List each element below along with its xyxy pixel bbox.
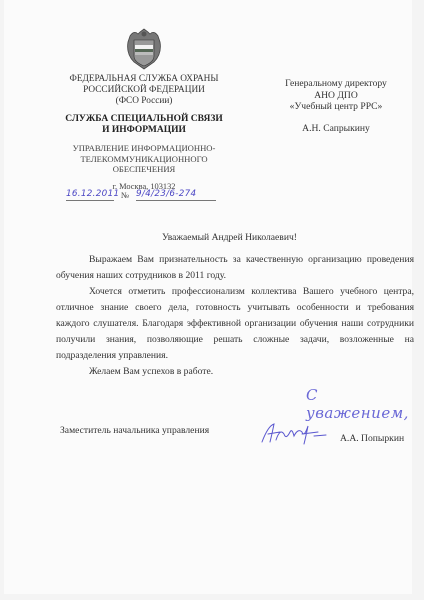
service-name-line: И ИНФОРМАЦИИ	[48, 125, 240, 136]
handwritten-closing: С уважением,	[306, 386, 412, 422]
addressee-line: Генеральному директору	[266, 78, 406, 90]
body-paragraph: Хочется отметить профессионализм коллект…	[56, 284, 414, 364]
department-line: УПРАВЛЕНИЕ ИНФОРМАЦИОННО-	[48, 143, 240, 154]
service-name-line: СЛУЖБА СПЕЦИАЛЬНОЙ СВЯЗИ	[48, 114, 240, 125]
addressee-name: А.Н. Сапрыкину	[266, 123, 406, 135]
org-abbrev: (ФСО России)	[48, 96, 240, 107]
org-name-line: РОССИЙСКОЙ ФЕДЕРАЦИИ	[48, 85, 240, 96]
greeting: Уважаемый Андрей Николаевич!	[162, 232, 297, 243]
department-line: ОБЕСПЕЧЕНИЯ	[48, 164, 240, 175]
body-paragraph: Желаем Вам успехов в работе.	[56, 364, 414, 380]
addressee-block: Генеральному директору АНО ДПО «Учебный …	[266, 78, 406, 134]
body-paragraph: Выражаем Вам признательность за качестве…	[56, 252, 414, 284]
number-label: №	[121, 190, 129, 200]
signer-name: А.А. Попыркин	[340, 433, 404, 444]
sender-block: ФЕДЕРАЛЬНАЯ СЛУЖБА ОХРАНЫ РОССИЙСКОЙ ФЕД…	[48, 74, 240, 192]
fso-emblem-icon	[124, 28, 164, 70]
addressee-line: АНО ДПО	[266, 90, 406, 102]
signature-icon	[258, 418, 328, 448]
letter-page: ФЕДЕРАЛЬНАЯ СЛУЖБА ОХРАНЫ РОССИЙСКОЙ ФЕД…	[4, 0, 412, 594]
letter-number: 9/4/23/6-274	[136, 189, 216, 201]
department-line: ТЕЛЕКОММУНИКАЦИОННОГО	[48, 154, 240, 165]
addressee-line: «Учебный центр РРС»	[266, 101, 406, 113]
letter-body: Выражаем Вам признательность за качестве…	[56, 252, 414, 380]
letter-date: 16.12.2011	[66, 189, 114, 201]
signer-title: Заместитель начальника управления	[60, 425, 209, 436]
registration-line: 16.12.2011 № 9/4/23/6-274	[64, 189, 224, 203]
org-name-line: ФЕДЕРАЛЬНАЯ СЛУЖБА ОХРАНЫ	[48, 74, 240, 85]
